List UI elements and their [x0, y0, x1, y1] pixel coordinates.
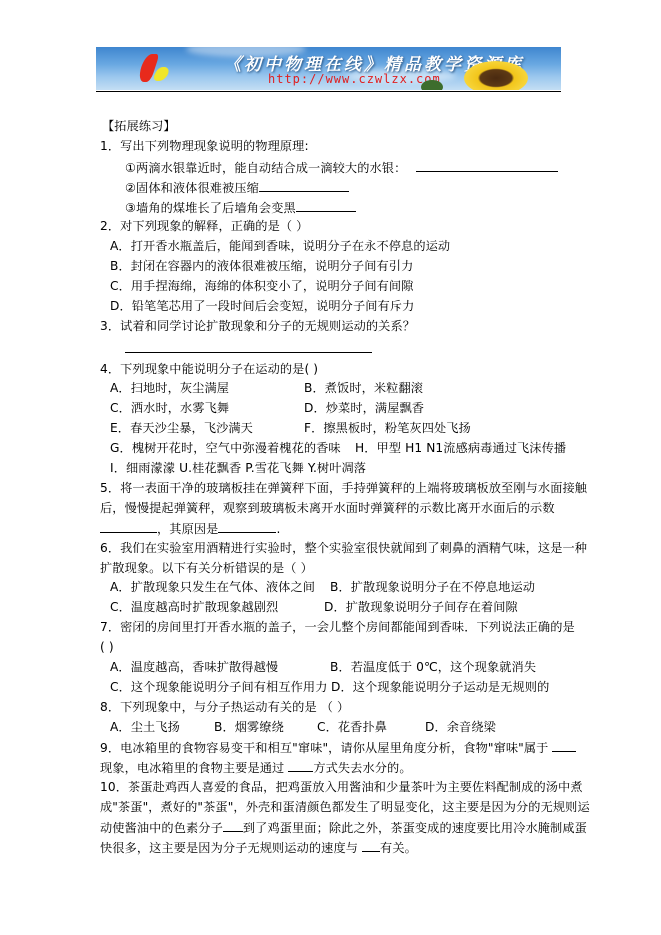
- question-4-option-i: I．细雨濛濛 U.桂花飘香 P.雪花飞舞 Y.树叶凋落: [110, 461, 366, 475]
- section-heading: 【拓展练习】: [102, 119, 176, 133]
- answer-blank[interactable]: [259, 180, 349, 192]
- answer-blank[interactable]: [288, 760, 313, 772]
- question-6-option-d: D．扩散现象说明分子间存在着间隙: [324, 600, 518, 614]
- question-6-option-b: B．扩散现象说明分子在不停息地运动: [330, 580, 535, 594]
- question-10-line-2: 成"茶蛋"，煮好的"茶蛋"，外壳和蛋清颜色都发生了明显变化，这主要是因为分的无规…: [100, 800, 590, 814]
- question-8-option-d: D．余音绕梁: [425, 720, 496, 734]
- question-4-option-a: A．扫地时，灰尘满屋: [110, 381, 229, 395]
- question-9-line-1: 9．电冰箱里的食物容易变干和相互"窜味"，请你从屋里角度分析，食物"窜味"属于: [100, 740, 576, 755]
- question-1-item-3: ③墙角的煤堆长了后墙角会变黑: [125, 200, 356, 215]
- question-4-option-g: G．槐树开花时，空气中弥漫着槐花的香味: [110, 441, 341, 455]
- answer-blank[interactable]: [223, 820, 243, 832]
- answer-blank[interactable]: [362, 840, 380, 852]
- question-4-option-b: B．煮饭时，米粒翻滚: [304, 381, 423, 395]
- inline-text: 到了鸡蛋里面；除此之外，茶蛋变成的速度要比用冷水腌制咸蛋: [243, 821, 587, 835]
- question-4-option-c: C．洒水时，水雾飞舞: [110, 401, 229, 415]
- banner-url: http://www.czwlzx.com: [268, 72, 441, 86]
- question-2-option-c: C．用手捏海绵，海绵的体积变小了，说明分子间有间隙: [110, 279, 414, 293]
- question-10-line-1: 10．茶蛋赴鸡西人喜爱的食品，把鸡蛋放入用酱油和少量茶叶为主要佐料配制成的汤中煮: [100, 780, 583, 794]
- answer-blank[interactable]: [416, 160, 558, 172]
- inline-text: ，其原因是: [157, 522, 218, 536]
- answer-blank[interactable]: [218, 521, 276, 533]
- question-9-line-2: 现象，电冰箱里的食物主要是通过方式失去水分的。: [100, 760, 412, 775]
- question-8-option-b: B．烟雾缭绕: [214, 720, 284, 734]
- question-4-option-d: D．炒菜时，满屋飘香: [304, 401, 424, 415]
- question-8-stem: 8．下列现象中，与分子热运动有关的是 （ ）: [100, 700, 349, 714]
- question-1-item-2: ②固体和液体很难被压缩: [125, 180, 349, 195]
- item-text: ②固体和液体很难被压缩: [125, 181, 259, 195]
- question-6-line-1: 6．我们在实验室用酒精进行实验时，整个实验室很快就闻到了刺鼻的酒精气味，这是一种: [100, 541, 587, 555]
- item-text: ③墙角的煤堆长了后墙角会变黑: [125, 201, 296, 215]
- question-4-option-h: H．甲型 H1 N1流感病毒通过飞沫传播: [355, 441, 566, 455]
- item-text: ①两滴水银靠近时，能自动结合成一滴较大的水银：: [125, 161, 406, 175]
- question-2-stem: 2．对下列现象的解释，正确的是（ ）: [100, 219, 308, 233]
- question-10-line-3: 动使酱油中的色素分子到了鸡蛋里面；除此之外，茶蛋变成的速度要比用冷水腌制咸蛋: [100, 820, 587, 835]
- inline-text: .: [276, 522, 280, 536]
- answer-blank[interactable]: [100, 521, 157, 533]
- question-3-stem: 3．试着和同学讨论扩散现象和分子的无规则运动的关系？: [100, 319, 415, 333]
- question-6-option-a: A．扩散现象只发生在气体、液体之间: [110, 580, 315, 594]
- question-5-line-1: 5．将一表面干净的玻璃板挂在弹簧秤下面，手持弹簧秤的上端将玻璃板放至刚与水面接触: [100, 481, 587, 495]
- question-7-line-1: 7．密闭的房间里打开香水瓶的盖子，一会儿整个房间都能闻到香味．下列说法正确的是: [100, 620, 575, 634]
- sunflower-image: [464, 61, 528, 90]
- header-divider: [96, 91, 561, 92]
- question-5-line-2: 后，慢慢提起弹簧秤，观察到玻璃板未离开水面时弹簧秤的示数比离开水面后的示数: [100, 501, 555, 515]
- question-4-option-e: E．春天沙尘暴，飞沙满天: [110, 421, 253, 435]
- inline-text: 有关。: [380, 841, 417, 855]
- header-banner: 《初中物理在线》精品教学资源库 http://www.czwlzx.com: [96, 47, 561, 90]
- inline-text: 快很多，这主要是因为分子无规则运动的速度与: [100, 841, 358, 855]
- question-7-option-c: C．这个现象能说明分子间有相互作用力: [110, 680, 328, 694]
- question-2-option-a: A．打开香水瓶盖后，能闻到香味，说明分子在永不停息的运动: [110, 239, 450, 253]
- question-6-option-c: C．温度越高时扩散现象越剧烈: [110, 600, 278, 614]
- question-1-stem: 1．写出下列物理现象说明的物理原理:: [100, 139, 309, 153]
- question-7-option-b: B．若温度低于 0℃，这个现象就消失: [330, 660, 536, 674]
- answer-blank[interactable]: [296, 200, 356, 212]
- question-6-line-2: 扩散现象。以下有关分析错误的是（ ）: [100, 561, 313, 575]
- question-7-line-2: ( ): [100, 640, 114, 654]
- question-5-line-3: ，其原因是.: [100, 521, 280, 536]
- inline-text: 9．电冰箱里的食物容易变干和相互"窜味"，请你从屋里角度分析，食物"窜味"属于: [100, 741, 548, 755]
- question-1-item-1: ①两滴水银靠近时，能自动结合成一滴较大的水银：: [125, 160, 558, 175]
- inline-text: 现象，电冰箱里的食物主要是通过: [100, 761, 284, 775]
- leaf-decoration: [421, 80, 443, 90]
- logo-accent-icon: [152, 67, 172, 81]
- inline-text: 方式失去水分的。: [313, 761, 411, 775]
- answer-blank[interactable]: [125, 352, 372, 353]
- question-8-option-c: C．花香扑鼻: [317, 720, 387, 734]
- question-4-option-f: F．擦黑板时，粉笔灰四处飞扬: [304, 421, 471, 435]
- question-7-option-a: A．温度越高，香味扩散得越慢: [110, 660, 278, 674]
- question-2-option-b: B．封闭在容器内的液体很难被压缩，说明分子间有引力: [110, 259, 413, 273]
- question-7-option-d: D．这个现象能说明分子运动是无规则的: [331, 680, 549, 694]
- question-2-option-d: D．铅笔笔芯用了一段时间后会变短，说明分子间有斥力: [110, 299, 414, 313]
- question-10-line-4: 快很多，这主要是因为分子无规则运动的速度与有关。: [100, 840, 417, 855]
- inline-text: 动使酱油中的色素分子: [100, 821, 223, 835]
- question-8-option-a: A．尘土飞扬: [110, 720, 180, 734]
- answer-blank[interactable]: [552, 740, 576, 752]
- question-4-stem: 4．下列现象中能说明分子在运动的是( ): [100, 362, 318, 376]
